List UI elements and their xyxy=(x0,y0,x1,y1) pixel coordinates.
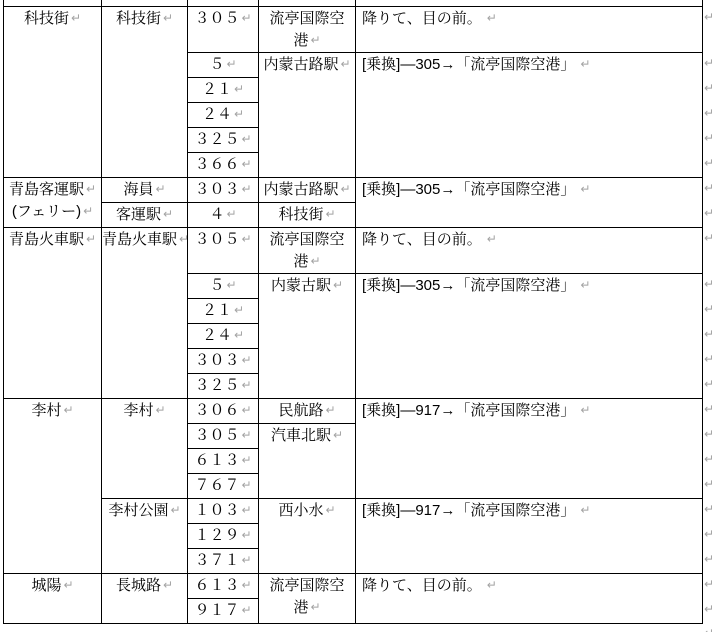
cell-text: 降りて、目の前。 xyxy=(362,231,482,248)
return-mark-icon: ↵ xyxy=(170,503,180,517)
return-mark-icon: ↵ xyxy=(310,600,320,614)
return-mark-icon: ↵ xyxy=(580,278,590,292)
cell-text: 科技街 xyxy=(278,206,323,223)
area-cell[interactable]: 李村↵ xyxy=(4,398,102,573)
cell-text: 流亭国際空 xyxy=(269,231,344,248)
return-mark-icon: ↵ xyxy=(487,232,497,246)
cell-text: １０３ xyxy=(194,502,239,519)
cell-text: 科技街 xyxy=(24,10,69,27)
bus-cell[interactable]: ９１７↵ xyxy=(188,598,259,623)
cell-text: 内蒙古駅 xyxy=(271,277,331,294)
document-page: 科技街↵科技街↵３０５↵流亭国際空港↵降りて、目の前。↵５↵内蒙古路駅↵[乗換]… xyxy=(0,0,712,632)
return-mark-icon: ↵ xyxy=(580,503,590,517)
row-end-return-mark-icon: ↵ xyxy=(704,10,712,24)
cell-text: 内蒙古路駅 xyxy=(263,181,338,198)
cell-text: 流亭国際空 xyxy=(269,577,344,594)
area-cell[interactable]: 青島客運駅↵(フェリー)↵ xyxy=(4,177,102,227)
return-mark-icon: ↵ xyxy=(71,11,81,25)
note-cell[interactable]: [乗換]―305→「流亭国際空港」↵ xyxy=(356,273,703,398)
return-mark-icon: ↵ xyxy=(163,207,173,221)
bus-cell[interactable]: ３０６↵ xyxy=(188,398,259,423)
row-end-return-mark-icon: ↵ xyxy=(704,477,712,491)
cell-text: ５ xyxy=(209,277,224,294)
dest-cell[interactable]: 内蒙古駅↵ xyxy=(259,273,356,398)
return-mark-icon: ↵ xyxy=(241,157,251,171)
return-mark-icon: ↵ xyxy=(333,428,343,442)
dest-cell[interactable]: 西小水↵ xyxy=(259,498,356,573)
return-mark-icon: ↵ xyxy=(63,578,73,592)
return-mark-icon: ↵ xyxy=(487,578,497,592)
cell-text: ２４ xyxy=(202,106,232,123)
row-end-return-mark-icon: ↵ xyxy=(704,427,712,441)
return-mark-icon: ↵ xyxy=(241,232,251,246)
return-mark-icon: ↵ xyxy=(580,182,590,196)
cell-text: ２１ xyxy=(202,302,232,319)
row-end-return-mark-icon: ↵ xyxy=(704,527,712,541)
note-cell[interactable]: 降りて、目の前。↵ xyxy=(356,6,703,52)
return-mark-icon: ↵ xyxy=(241,132,251,146)
bus-cell[interactable]: ２１↵ xyxy=(188,77,259,102)
row-end-return-mark-icon: ↵ xyxy=(704,452,712,466)
row-end-return-mark-icon: ↵ xyxy=(704,131,712,145)
return-mark-icon: ↵ xyxy=(241,528,251,542)
return-mark-icon: ↵ xyxy=(241,503,251,517)
cell-text: ３０５ xyxy=(194,427,239,444)
bus-cell[interactable]: ３２５↵ xyxy=(188,373,259,398)
stop-cell[interactable]: 海員↵ xyxy=(102,177,188,202)
row-end-return-mark-icon: ↵ xyxy=(704,402,712,416)
row-end-return-mark-icon: ↵ xyxy=(704,206,712,220)
stop-cell[interactable]: 青島火車駅↵ xyxy=(102,227,188,398)
return-mark-icon: ↵ xyxy=(241,478,251,492)
stop-cell[interactable]: 客運駅↵ xyxy=(102,202,188,227)
bus-cell[interactable]: １０３↵ xyxy=(188,498,259,523)
return-mark-icon: ↵ xyxy=(86,182,96,196)
return-mark-icon: ↵ xyxy=(241,403,251,417)
row-end-return-mark-icon: ↵ xyxy=(704,502,712,516)
return-mark-icon: ↵ xyxy=(241,578,251,592)
note-cell[interactable]: [乗換]―305→「流亭国際空港」↵ xyxy=(356,177,703,227)
bus-cell[interactable]: ３０５↵ xyxy=(188,6,259,52)
return-mark-icon: ↵ xyxy=(580,403,590,417)
cell-text: 流亭国際空 xyxy=(269,10,344,27)
cell-text: 青島客運駅 xyxy=(9,181,84,198)
table-row: 城陽↵長城路↵６１３↵流亭国際空港↵降りて、目の前。↵ xyxy=(4,573,703,598)
cell-text: ３０５ xyxy=(194,10,239,27)
return-mark-icon: ↵ xyxy=(241,428,251,442)
return-mark-icon: ↵ xyxy=(340,57,350,71)
cell-text: 港 xyxy=(293,599,308,616)
cell-text: [乗換]―917→「流亭国際空港」 xyxy=(362,502,575,519)
bus-cell[interactable]: ５↵ xyxy=(188,52,259,77)
row-end-return-mark-icon: ↵ xyxy=(704,181,712,195)
bus-cell[interactable]: １２９↵ xyxy=(188,523,259,548)
area-cell[interactable]: 科技街↵ xyxy=(4,6,102,177)
bus-cell[interactable]: ２４↵ xyxy=(188,102,259,127)
dest-cell[interactable]: 汽車北駅↵ xyxy=(259,423,356,498)
cell-text: 長城路 xyxy=(116,577,161,594)
return-mark-icon: ↵ xyxy=(241,182,251,196)
stop-cell[interactable]: 科技街↵ xyxy=(102,6,188,177)
cell-text: 科技街 xyxy=(116,10,161,27)
row-end-return-mark-icon: ↵ xyxy=(704,231,712,245)
return-mark-icon: ↵ xyxy=(241,378,251,392)
cell-text: ３２５ xyxy=(194,131,239,148)
route-table: 科技街↵科技街↵３０５↵流亭国際空港↵降りて、目の前。↵５↵内蒙古路駅↵[乗換]… xyxy=(3,0,703,624)
area-cell[interactable]: 青島火車駅↵ xyxy=(4,227,102,398)
cell-text: 港 xyxy=(293,32,308,49)
return-mark-icon: ↵ xyxy=(155,182,165,196)
cell-text: [乗換]―305→「流亭国際空港」 xyxy=(362,181,575,198)
return-mark-icon: ↵ xyxy=(241,553,251,567)
bus-cell[interactable]: ３６６↵ xyxy=(188,152,259,177)
bus-cell[interactable]: ７６７↵ xyxy=(188,473,259,498)
table-row: 科技街↵科技街↵３０５↵流亭国際空港↵降りて、目の前。↵ xyxy=(4,6,703,52)
bus-cell[interactable]: ３０５↵ xyxy=(188,423,259,448)
bus-cell[interactable]: ５↵ xyxy=(188,273,259,298)
dest-cell[interactable]: 流亭国際空港↵ xyxy=(259,227,356,273)
return-mark-icon: ↵ xyxy=(155,403,165,417)
cell-text: 海員 xyxy=(123,181,153,198)
return-mark-icon: ↵ xyxy=(83,204,93,218)
cell-text: 李村 xyxy=(123,402,153,419)
cell-text: [乗換]―305→「流亭国際空港」 xyxy=(362,277,575,294)
cell-text: ９１７ xyxy=(194,602,239,619)
row-end-return-mark-icon: ↵ xyxy=(704,352,712,366)
cell-text: 青島火車駅 xyxy=(9,231,84,248)
cell-text: [乗換]―305→「流亭国際空港」 xyxy=(362,56,575,73)
cell-text: １２９ xyxy=(194,527,239,544)
note-cell[interactable]: [乗換]―917→「流亭国際空港」↵ xyxy=(356,498,703,573)
cell-text: 李村公園 xyxy=(108,502,168,519)
row-end-return-mark-icon: ↵ xyxy=(704,56,712,70)
return-mark-icon: ↵ xyxy=(487,11,497,25)
cell-text: [乗換]―917→「流亭国際空港」 xyxy=(362,402,575,419)
cell-text: 民航路 xyxy=(278,402,323,419)
bus-cell[interactable]: ６１３↵ xyxy=(188,573,259,598)
row-end-return-mark-icon: ↵ xyxy=(704,277,712,291)
note-cell[interactable]: 降りて、目の前。↵ xyxy=(356,227,703,273)
row-end-return-mark-icon: ↵ xyxy=(704,577,712,591)
return-mark-icon: ↵ xyxy=(226,278,236,292)
row-end-return-mark-icon: ↵ xyxy=(704,552,712,566)
return-mark-icon: ↵ xyxy=(580,57,590,71)
cell-text: ２４ xyxy=(202,327,232,344)
cell-text: ２１ xyxy=(202,81,232,98)
return-mark-icon: ↵ xyxy=(333,278,343,292)
cell-text: 降りて、目の前。 xyxy=(362,577,482,594)
dest-cell[interactable]: 内蒙古路駅↵ xyxy=(259,52,356,177)
cell-text: ３０３ xyxy=(194,181,239,198)
note-cell[interactable]: [乗換]―917→「流亭国際空港」↵ xyxy=(356,398,703,498)
cell-text: ６１３ xyxy=(194,452,239,469)
cell-text: ３０６ xyxy=(194,402,239,419)
row-end-return-mark-icon: ↵ xyxy=(704,106,712,120)
cell-text: 李村 xyxy=(31,402,61,419)
return-mark-icon: ↵ xyxy=(63,403,73,417)
bus-cell[interactable]: ３７１↵ xyxy=(188,548,259,573)
row-end-return-mark-icon: ↵ xyxy=(704,81,712,95)
dest-cell[interactable]: 流亭国際空港↵ xyxy=(259,6,356,52)
bus-cell[interactable]: ４↵ xyxy=(188,202,259,227)
cell-text: ７６７ xyxy=(194,477,239,494)
return-mark-icon: ↵ xyxy=(325,207,335,221)
return-mark-icon: ↵ xyxy=(310,254,320,268)
table-row: 青島客運駅↵(フェリー)↵海員↵３０３↵内蒙古路駅↵[乗換]―305→「流亭国際… xyxy=(4,177,703,202)
cell-text: (フェリー) xyxy=(12,203,81,220)
return-mark-icon: ↵ xyxy=(241,11,251,25)
cell-text: ３０５ xyxy=(194,231,239,248)
stop-cell[interactable]: 李村↵ xyxy=(102,398,188,498)
table-row: 李村公園↵１０３↵西小水↵[乗換]―917→「流亭国際空港」↵ xyxy=(4,498,703,523)
return-mark-icon: ↵ xyxy=(226,57,236,71)
cell-text: 港 xyxy=(293,253,308,270)
cell-text: ３６６ xyxy=(194,156,239,173)
row-end-return-mark-icon: ↵ xyxy=(704,377,712,391)
cell-text: ６１３ xyxy=(194,577,239,594)
return-mark-icon: ↵ xyxy=(310,33,320,47)
cell-text: ３０３ xyxy=(194,352,239,369)
bus-cell[interactable]: ６１３↵ xyxy=(188,448,259,473)
return-mark-icon: ↵ xyxy=(234,82,244,96)
bus-cell[interactable]: ３２５↵ xyxy=(188,127,259,152)
return-mark-icon: ↵ xyxy=(163,11,173,25)
stop-cell[interactable]: 長城路↵ xyxy=(102,573,188,623)
return-mark-icon: ↵ xyxy=(234,107,244,121)
cell-text: ５ xyxy=(209,56,224,73)
note-cell[interactable]: [乗換]―305→「流亭国際空港」↵ xyxy=(356,52,703,177)
return-mark-icon: ↵ xyxy=(325,503,335,517)
return-mark-icon: ↵ xyxy=(226,207,236,221)
cell-text: ３２５ xyxy=(194,377,239,394)
cell-text: 内蒙古路駅 xyxy=(263,56,338,73)
return-mark-icon: ↵ xyxy=(325,403,335,417)
cell-text: 汽車北駅 xyxy=(271,427,331,444)
return-mark-icon: ↵ xyxy=(234,328,244,342)
cell-text: 客運駅 xyxy=(116,206,161,223)
dest-cell[interactable]: 民航路↵ xyxy=(259,398,356,423)
row-end-return-mark-icon: ↵ xyxy=(704,302,712,316)
row-end-return-mark-icon: ↵ xyxy=(704,327,712,341)
return-mark-icon: ↵ xyxy=(241,353,251,367)
cell-text: ４ xyxy=(209,206,224,223)
table-row: 李村↵李村↵３０６↵民航路↵[乗換]―917→「流亭国際空港」↵ xyxy=(4,398,703,423)
cell-text: 城陽 xyxy=(31,577,61,594)
note-cell[interactable]: 降りて、目の前。↵ xyxy=(356,573,703,623)
return-mark-icon: ↵ xyxy=(241,603,251,617)
area-cell[interactable]: 城陽↵ xyxy=(4,573,102,623)
table-row: 青島火車駅↵青島火車駅↵３０５↵流亭国際空港↵降りて、目の前。↵ xyxy=(4,227,703,273)
cell-text: 西小水 xyxy=(278,502,323,519)
bus-cell[interactable]: ３０５↵ xyxy=(188,227,259,273)
row-end-return-mark-icon: ↵ xyxy=(704,156,712,170)
stop-cell[interactable]: 李村公園↵ xyxy=(102,498,188,573)
row-end-return-mark-icon: ↵ xyxy=(704,602,712,616)
dest-cell[interactable]: 内蒙古路駅↵ xyxy=(259,177,356,202)
bus-cell[interactable]: ３０３↵ xyxy=(188,348,259,373)
bus-cell[interactable]: ３０３↵ xyxy=(188,177,259,202)
return-mark-icon: ↵ xyxy=(163,578,173,592)
cell-text: 降りて、目の前。 xyxy=(362,10,482,27)
cell-text: ３７１ xyxy=(194,552,239,569)
dest-cell[interactable]: 流亭国際空港↵ xyxy=(259,573,356,623)
bus-cell[interactable]: ２１↵ xyxy=(188,298,259,323)
return-mark-icon: ↵ xyxy=(241,453,251,467)
return-mark-icon: ↵ xyxy=(179,232,187,246)
dest-cell[interactable]: 科技街↵ xyxy=(259,202,356,227)
return-mark-icon: ↵ xyxy=(86,232,96,246)
return-mark-icon: ↵ xyxy=(234,303,244,317)
return-mark-icon: ↵ xyxy=(340,182,350,196)
bus-cell[interactable]: ２４↵ xyxy=(188,323,259,348)
table-end-return-mark-icon: ↵ xyxy=(704,626,712,632)
cell-text: 青島火車駅 xyxy=(102,231,177,248)
